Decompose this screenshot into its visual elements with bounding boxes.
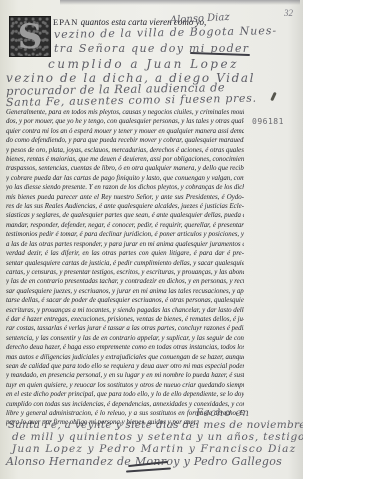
body-line: mandar, responder, defender, negar, é co… (6, 221, 244, 230)
body-line: mis bienes pueda parecer ante el Rey nue… (6, 193, 244, 202)
initial-letter: S (18, 20, 43, 54)
document-page: 32 S EPAN quantos esta carta vieren como… (0, 0, 303, 479)
body-line: y mandado, en presencia personal, y en s… (6, 371, 244, 380)
handwritten-line: Juan Lopez y Pedro Martin y Francisco Di… (12, 443, 296, 455)
handwritten-line: Fecho en (196, 408, 250, 419)
body-line: mas autos e diligencias judiciales y ext… (6, 353, 244, 362)
handwritten-line: cumplido a Juan Lopez (48, 57, 239, 71)
body-line: en el este dicho poder principal, que pa… (6, 390, 244, 399)
handwritten-line: Alonso Diaz (170, 12, 230, 26)
handwritten-line: Alonso Hernandez de Monroy y Pedro Galle… (6, 455, 282, 468)
body-line: siasticas y seglares, de qualesquier par… (6, 211, 244, 220)
body-line: a las de las otras partes responder, y p… (6, 240, 244, 249)
body-line: bienes, rentas é maiorias, que me deuen … (6, 155, 244, 164)
body-line: dos, y por mouer, que yo he y tengo, con… (6, 117, 244, 126)
body-line: derecho deua hazer, é haga esso empremen… (6, 343, 244, 352)
flourish-stroke (126, 467, 171, 472)
body-line: res de las sus Reales Audiencias, é ante… (6, 202, 244, 211)
body-line: testimonios pedir é tomar, é para declin… (6, 230, 244, 239)
opening-caps: EPAN (53, 17, 78, 27)
body-line: y pesos de oro, plata, joyas, esclauos, … (6, 146, 244, 155)
decorated-initial: S (9, 16, 51, 57)
body-line: escrituras, y prouanças a mi tocantes, y… (6, 306, 244, 315)
body-line: cartas, y censuras, y presentar testigos… (6, 268, 244, 277)
printed-body: Generalmente, para en todos mis pleytos,… (6, 108, 244, 428)
body-line: tarse dellas, é sacar de poder de quales… (6, 296, 244, 305)
body-line: do como defendiendo, y para que pueda re… (6, 136, 244, 145)
body-line: sentencia, y las consentir y las de en c… (6, 334, 244, 343)
body-line: y las de en contrario presentadas tachar… (6, 277, 244, 286)
body-line: traspassos, sentencias, cuentas de libro… (6, 164, 244, 173)
folio-number: 32 (284, 8, 293, 18)
body-line: yo las diesse siendo presente. Y en razo… (6, 183, 244, 192)
archive-stamp-number: 096181 (252, 117, 284, 126)
body-line: y cobrare pueda dar las cartas de pago f… (6, 174, 244, 183)
ink-mark (270, 92, 277, 101)
body-line: sentar qualesquiere cartas de justicia, … (6, 259, 244, 268)
body-line: tuyr en quien quisiere, y reuocar los so… (6, 381, 244, 390)
handwritten-line: de mill y quinientos y setenta y un años… (12, 431, 303, 443)
body-line: quier contra mi los an ó esperá mouer y … (6, 127, 244, 136)
body-line: é dar é hazer entregas, execuciones, pri… (6, 315, 244, 324)
body-line: verdad dezir, é las diferir, en las otra… (6, 249, 244, 258)
handwritten-line: Santa Fe, a veynte y siete dias del mes … (8, 419, 303, 431)
body-line: sar qualesquiere juezes, y escriuanos, y… (6, 287, 244, 296)
handwritten-line: vezino de la villa de Bogota Nues- (54, 24, 277, 41)
body-line: sean de calidad que para todo ello se re… (6, 362, 244, 371)
body-line: rar costas, tassarlas é verlas jurar é t… (6, 324, 244, 333)
body-line: Generalmente, para en todos mis pleytos,… (6, 108, 244, 117)
